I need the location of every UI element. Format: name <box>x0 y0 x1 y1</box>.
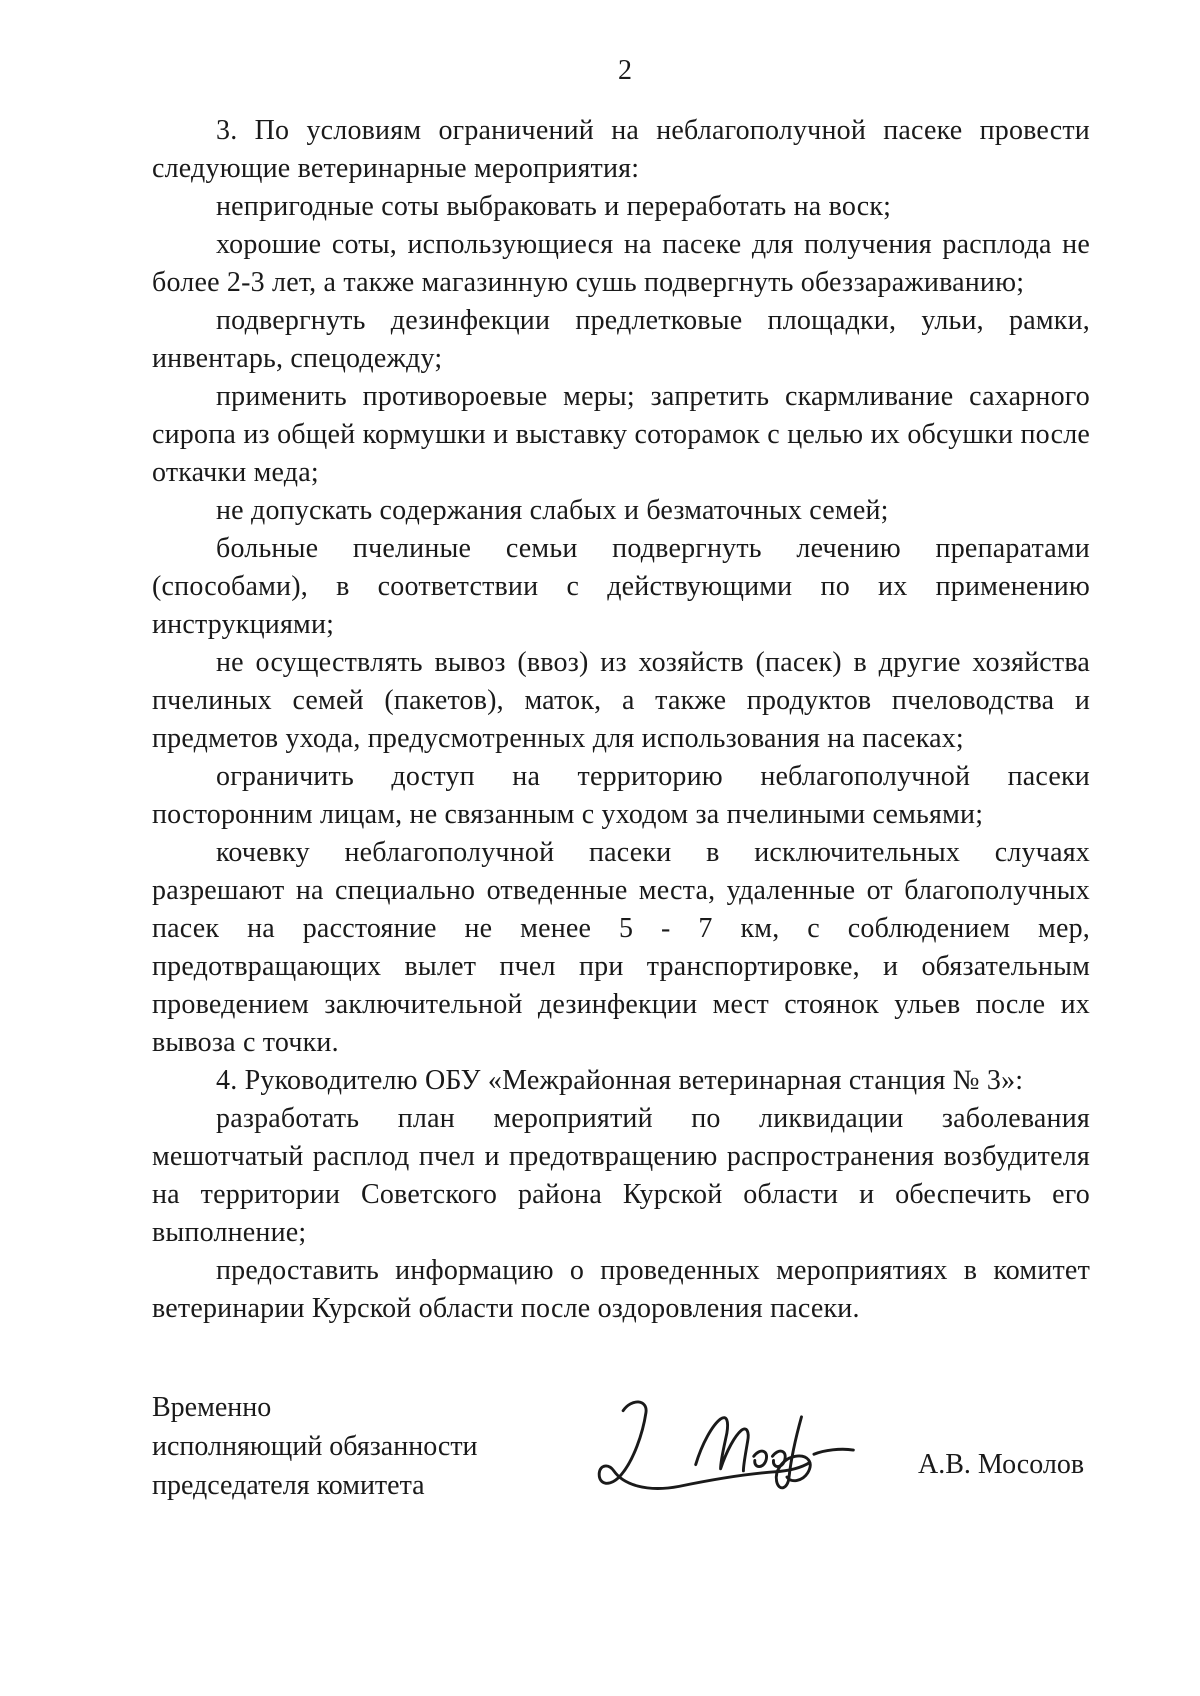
paragraph: разработать план мероприятий по ликвидац… <box>152 1100 1090 1252</box>
paragraph: ограничить доступ на территорию неблагоп… <box>152 758 1090 834</box>
paragraph: 4. Руководителю ОБУ «Межрайонная ветерин… <box>152 1062 1090 1100</box>
paragraph: непригодные соты выбраковать и переработ… <box>152 188 1090 226</box>
document-page: 2 3. По условиям ограничений на неблагоп… <box>0 0 1200 1696</box>
signatory-position: Временно исполняющий обязанности председ… <box>152 1388 572 1505</box>
paragraph: кочевку неблагополучной пасеки в исключи… <box>152 834 1090 1062</box>
paragraph: подвергнуть дезинфекции предлетковые пло… <box>152 302 1090 378</box>
signatory-position-line: председателя комитета <box>152 1466 572 1505</box>
paragraph: применить противороевые меры; запретить … <box>152 378 1090 492</box>
paragraph: хорошие соты, использующиеся на пасеке д… <box>152 226 1090 302</box>
paragraph: больные пчелиные семьи подвергнуть лечен… <box>152 530 1090 644</box>
page-number: 2 <box>152 54 1098 88</box>
paragraph: 3. По условиям ограничений на неблагопол… <box>152 112 1090 188</box>
document-body: 3. По условиям ограничений на неблагопол… <box>152 112 1090 1328</box>
signatory-position-line: Временно <box>152 1388 572 1427</box>
signatory-name: А.В. Мосолов <box>918 1448 1084 1482</box>
handwritten-signature-icon <box>592 1396 872 1500</box>
paragraph: не осуществлять вывоз (ввоз) из хозяйств… <box>152 644 1090 758</box>
paragraph: не допускать содержания слабых и безмато… <box>152 492 1090 530</box>
signatory-position-line: исполняющий обязанности <box>152 1427 572 1466</box>
paragraph: предоставить информацию о проведенных ме… <box>152 1252 1090 1328</box>
